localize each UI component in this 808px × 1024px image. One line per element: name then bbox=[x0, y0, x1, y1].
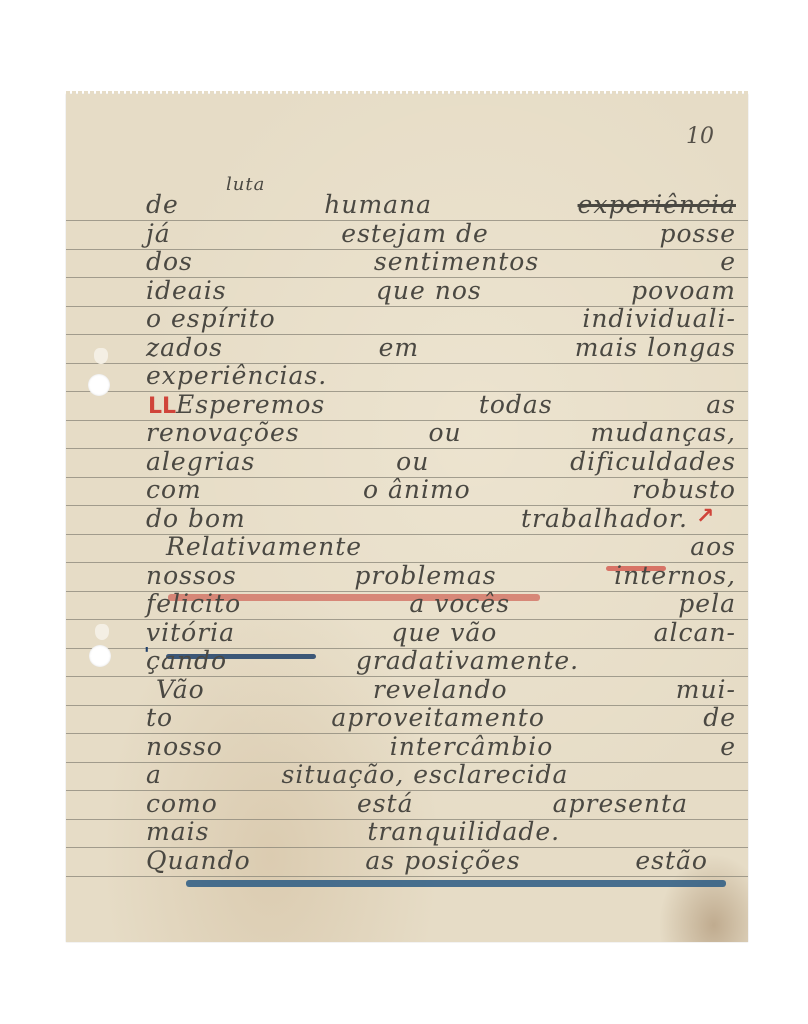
line-word: revelando bbox=[373, 675, 508, 704]
text-line: zados em mais longas bbox=[146, 333, 736, 362]
line-word: sentimentos bbox=[374, 247, 539, 276]
line-word: situação, esclarecida bbox=[282, 760, 569, 789]
line-word: a bbox=[146, 760, 162, 789]
line-word: que vão bbox=[391, 618, 497, 647]
line-word: aproveitamento bbox=[331, 703, 544, 732]
line-word: de bbox=[703, 703, 736, 732]
page-number: 10 bbox=[686, 124, 714, 149]
struck-word: experiência bbox=[578, 190, 736, 219]
text-line: como está apresenta bbox=[146, 789, 688, 818]
line-word: está bbox=[357, 789, 414, 818]
line-word: humana bbox=[324, 190, 432, 219]
text-line: to aproveitamento de bbox=[146, 703, 736, 732]
red-paragraph-mark: LL bbox=[148, 394, 176, 419]
line-word: ou bbox=[428, 418, 461, 447]
text-line: Vão revelando mui- bbox=[156, 675, 736, 704]
line-word: dos bbox=[146, 247, 193, 276]
line-word: trabalhador. bbox=[521, 504, 688, 533]
text-line: alegrias ou dificuldades bbox=[146, 447, 736, 476]
punch-hole bbox=[88, 374, 110, 396]
line-word: Quando bbox=[146, 846, 251, 875]
manuscript-page: 10 luta de humana experiência já estejam… bbox=[66, 94, 748, 942]
text-line: experiências. bbox=[146, 361, 736, 390]
text-line: vitória que vão alcan- bbox=[146, 618, 736, 647]
line-word: mais longas bbox=[575, 333, 736, 362]
line-word: estão bbox=[635, 846, 708, 875]
line-word: e bbox=[720, 247, 736, 276]
line-word: çando bbox=[146, 646, 227, 675]
line-word: to bbox=[146, 703, 173, 732]
line-word: as bbox=[706, 390, 736, 419]
line-word: gradativamente. bbox=[356, 646, 579, 675]
line-word: vitória bbox=[146, 618, 235, 647]
line-word: já bbox=[146, 219, 171, 248]
line-word: e bbox=[720, 732, 736, 761]
text-line: Esperemos todas as bbox=[176, 390, 736, 419]
line-word: ideais bbox=[146, 276, 227, 305]
line-word: as posições bbox=[365, 846, 520, 875]
line-word: em bbox=[379, 333, 420, 362]
line-word: intercâmbio bbox=[390, 732, 554, 761]
punch-hole bbox=[89, 645, 111, 667]
line-word: povoam bbox=[631, 276, 736, 305]
line-word: do bom bbox=[146, 504, 246, 533]
line-word: renovações bbox=[146, 418, 300, 447]
line-word: o espírito bbox=[146, 304, 276, 333]
line-word: alcan- bbox=[654, 618, 736, 647]
line-word: todas bbox=[479, 390, 553, 419]
line-word: dificuldades bbox=[570, 447, 736, 476]
text-line: Relativamente aos bbox=[166, 532, 736, 561]
text-line: çando gradativamente. bbox=[146, 646, 708, 675]
text-line: a situação, esclarecida bbox=[146, 760, 688, 789]
text-line: Quando as posições estão bbox=[146, 846, 708, 875]
line-word: Esperemos bbox=[176, 390, 325, 419]
line-word: estejam de bbox=[341, 219, 489, 248]
line-word: Vão bbox=[156, 675, 205, 704]
line-word: mudanças, bbox=[590, 418, 736, 447]
text-line: dos sentimentos e bbox=[146, 247, 736, 276]
line-word: a vocês bbox=[409, 589, 510, 618]
line-word: experiências. bbox=[146, 361, 327, 390]
line-word: individuali- bbox=[582, 304, 736, 333]
text-line: nossos problemas internos, bbox=[146, 561, 736, 590]
torn-punch-hole bbox=[94, 348, 108, 364]
text-line: mais tranquilidade. bbox=[146, 817, 718, 846]
text-line: já estejam de posse bbox=[146, 219, 736, 248]
line-word: mais bbox=[146, 817, 209, 846]
line-word: o ânimo bbox=[363, 475, 471, 504]
text-line: renovações ou mudanças, bbox=[146, 418, 736, 447]
text-line: o espírito individuali- bbox=[146, 304, 736, 333]
red-end-mark: ↗ bbox=[696, 504, 714, 529]
line-word: tranquilidade. bbox=[367, 817, 560, 846]
line-word: que nos bbox=[376, 276, 482, 305]
blue-pencil-underline bbox=[186, 880, 726, 887]
line-word: alegrias bbox=[146, 447, 255, 476]
line-word: nossos bbox=[146, 561, 237, 590]
line-word: mui- bbox=[676, 675, 736, 704]
text-line: com o ânimo robusto bbox=[146, 475, 736, 504]
text-line: ideais que nos povoam bbox=[146, 276, 736, 305]
line-word: de bbox=[146, 190, 179, 219]
line-word: problemas bbox=[354, 561, 496, 590]
line-word: ou bbox=[396, 447, 429, 476]
text-line: felicito a vocês pela bbox=[146, 589, 736, 618]
line-word: apresenta bbox=[553, 789, 688, 818]
line-word: internos, bbox=[614, 561, 736, 590]
line-word: como bbox=[146, 789, 218, 818]
text-line: de humana experiência bbox=[146, 190, 736, 219]
line-word: com bbox=[146, 475, 202, 504]
text-line: nosso intercâmbio e bbox=[146, 732, 736, 761]
line-word: Relativamente bbox=[166, 532, 362, 561]
line-word: nosso bbox=[146, 732, 223, 761]
torn-punch-hole bbox=[95, 624, 109, 640]
line-word: aos bbox=[690, 532, 736, 561]
line-word: felicito bbox=[146, 589, 241, 618]
line-word: robusto bbox=[632, 475, 736, 504]
line-word: zados bbox=[146, 333, 223, 362]
line-word: posse bbox=[659, 219, 736, 248]
line-word: pela bbox=[678, 589, 736, 618]
text-line: do bom trabalhador. bbox=[146, 504, 688, 533]
ruled-line bbox=[66, 876, 748, 877]
